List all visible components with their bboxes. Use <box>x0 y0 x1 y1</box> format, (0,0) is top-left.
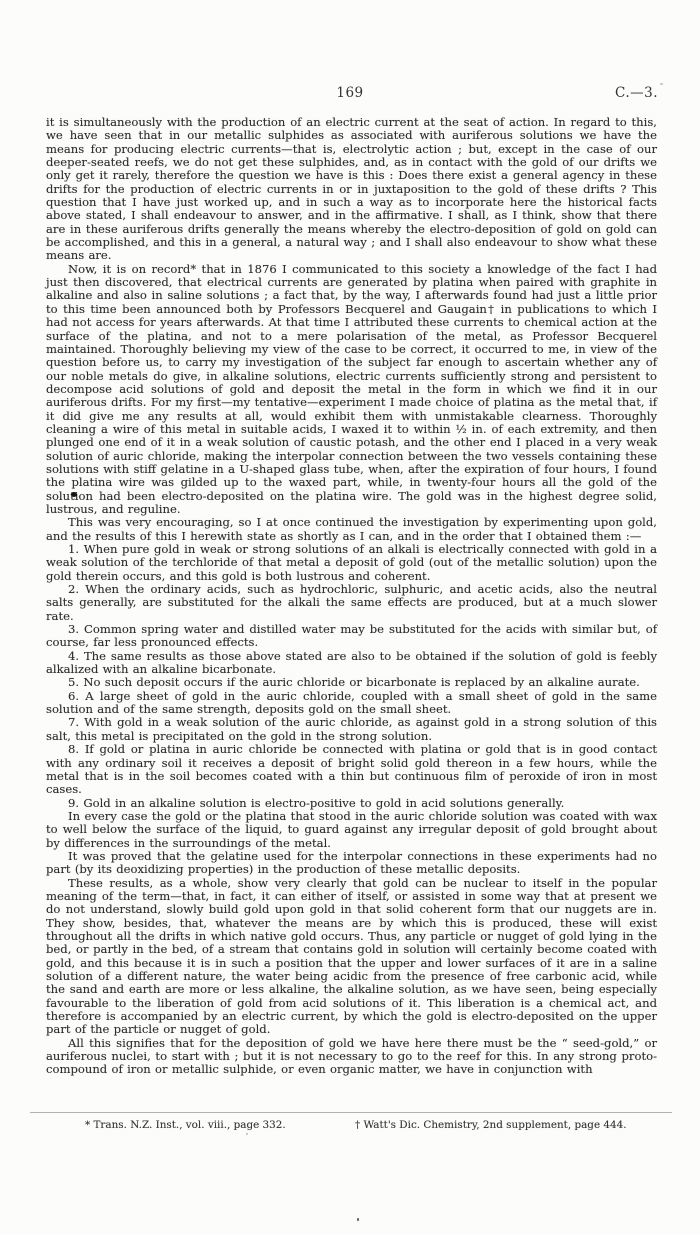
paragraph: Now, it is on record* that in 1876 I com… <box>46 263 657 517</box>
paragraph: This was very encouraging, so I at once … <box>46 516 657 543</box>
scan-speck <box>357 1218 359 1221</box>
paragraph: All this signifies that for the depositi… <box>46 1037 657 1077</box>
page-number: 169 <box>0 85 700 101</box>
ink-blot-artifact <box>71 492 77 497</box>
numbered-item: 3. Common spring water and distilled wat… <box>46 623 657 650</box>
footnote-trans-nz-inst: * Trans. N.Z. Inst., vol. viii., page 33… <box>85 1119 286 1131</box>
scanned-document-page: 169 C.—3. it is simultaneously with the … <box>0 0 700 1235</box>
numbered-item: 5. No such deposit occurs if the auric c… <box>46 676 657 689</box>
paragraph: it is simultaneously with the production… <box>46 116 657 263</box>
paragraph: In every case the gold or the platina th… <box>46 810 657 850</box>
numbered-item: 1. When pure gold in weak or strong solu… <box>46 543 657 583</box>
numbered-item: 2. When the ordinary acids, such as hydr… <box>46 583 657 623</box>
document-reference: C.—3. <box>615 85 658 101</box>
footnote-rule <box>30 1112 672 1113</box>
document-body: it is simultaneously with the production… <box>46 116 657 1077</box>
numbered-item: 7. With gold in a weak solution of the a… <box>46 716 657 743</box>
footnote-watts-dic: † Watt's Dic. Chemistry, 2nd supplement,… <box>355 1119 627 1131</box>
numbered-item: 9. Gold in an alkaline solution is elect… <box>46 797 657 810</box>
numbered-item: 6. A large sheet of gold in the auric ch… <box>46 690 657 717</box>
numbered-item: 4. The same results as those above state… <box>46 650 657 677</box>
scan-speck <box>660 83 663 85</box>
paragraph: It was proved that the gelatine used for… <box>46 850 657 877</box>
numbered-item: 8. If gold or platina in auric chloride … <box>46 743 657 796</box>
paragraph: These results, as a whole, show very cle… <box>46 877 657 1037</box>
scan-speck <box>246 1133 248 1135</box>
scan-speck <box>636 748 638 750</box>
page-header: 169 C.—3. <box>0 85 700 103</box>
